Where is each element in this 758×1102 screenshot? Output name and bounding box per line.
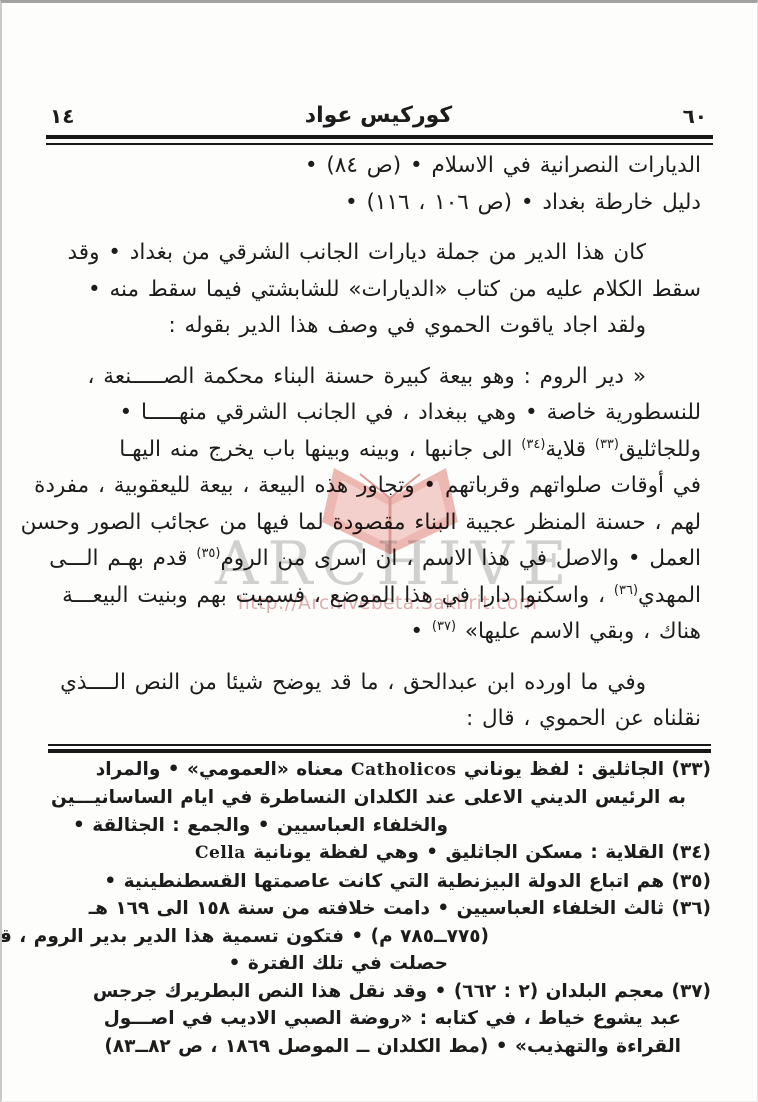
main-text: الديارات النصرانية في الاسلام • (ص ٨٤) •… (60, 148, 701, 738)
text-run: قلاية (545, 437, 594, 462)
footnote-line: القراءة والتهذيب» • (مط الكلدان ــ الموص… (48, 1033, 711, 1061)
text-line: نقلناه عن الحموي ، قال : (60, 701, 701, 738)
page-number-left: ١٤ (50, 104, 74, 128)
header-rule (46, 135, 713, 139)
text-run: نقلناه عن الحموي ، قال : (466, 706, 701, 731)
text-line: « دير الروم : وهو بيعة كبيرة حسنة البناء… (60, 359, 701, 396)
text-run: معناه «العمومي» • والمراد (96, 759, 351, 780)
text-line: في أوقات صلواتهم وقرباتهم • وتجاور هذه ا… (60, 468, 701, 505)
text-run: ولقد اجاد ياقوت الحموي في وصف هذا الدير … (168, 313, 646, 338)
text-run: للنسطورية خاصة • وهي ببغداد ، في الجانب … (119, 400, 701, 425)
text-line: سقط الكلام عليه من كتاب «الديارات» للشاب… (60, 272, 701, 309)
text-run: (٣٦) ثالث الخلفاء العباسيين • دامت خلافت… (89, 898, 711, 919)
text-run: (٣٣) الجاثليق : لفظ يوناني (456, 759, 711, 780)
text-run: سقط الكلام عليه من كتاب «الديارات» للشاب… (88, 277, 701, 302)
text-run: في أوقات صلواتهم وقرباتهم • وتجاور هذه ا… (34, 473, 701, 498)
footnotes: (٣٣) الجاثليق : لفظ يوناني Catholicos مع… (48, 756, 711, 1061)
text-run: Catholicos (351, 760, 456, 780)
text-run: كان هذا الدير من جملة ديارات الجانب الشر… (68, 240, 646, 265)
text-run: الى جانبها ، وبينه وبينها باب يخرج منه ا… (119, 437, 521, 462)
footnote-line: به الرئيس الديني الاعلى عند الكلدان النس… (48, 784, 711, 812)
text-run: العمل • والاصل في هذا الاسم ، ان اسرى من… (221, 546, 702, 571)
text-run: والخلفاء العباسيين • والجمع : الجثالقة • (73, 815, 448, 836)
footnote-line: عبد يشوع خياط ، في كتابه : «روضة الصبي ا… (48, 1005, 711, 1033)
text-run: دليل خارطة بغداد • (ص ١٠٦ ، ١١٦) • (345, 190, 701, 215)
text-run: به الرئيس الديني الاعلى عند الكلدان النس… (51, 787, 686, 808)
footnote-line: حصلت في تلك الفترة • (48, 950, 711, 978)
footnote-line: (٣٥) هم اتباع الدولة البيزنطية التي كانت… (48, 868, 711, 896)
footnote-line: (٣٣) الجاثليق : لفظ يوناني Catholicos مع… (48, 756, 711, 785)
footnote-line: (٣٦) ثالث الخلفاء العباسيين • دامت خلافت… (48, 895, 711, 923)
page-number-right: ٦٠ (683, 104, 707, 128)
text-run: (٧٧٥ــ٧٨٥ م) • فتكون تسمية هذا الدير بدي… (0, 926, 489, 947)
text-run: (٣٥) هم اتباع الدولة البيزنطية التي كانت… (104, 871, 711, 892)
text-line: وفي ما اورده ابن عبدالحق ، ما قد يوضح شي… (60, 665, 701, 702)
text-run: هناك ، وبقي الاسم عليها» (456, 619, 701, 644)
footnote-ref: (٣٥) (196, 546, 220, 561)
text-run: (٣٤) القلاية : مسكن الجاثليق • وهي لفظة … (246, 842, 711, 863)
text-run: لهم ، حسنة المنظر عجيبة البناء مقصودة لم… (21, 510, 701, 535)
footnote-line: (٧٧٥ــ٧٨٥ م) • فتكون تسمية هذا الدير بدي… (48, 923, 711, 951)
text-run: « دير الروم : وهو بيعة كبيرة حسنة البناء… (88, 364, 646, 389)
text-run: ، واسكنوا دارا في هذا الموضع ، فسميت بهم… (62, 583, 614, 608)
text-line: كان هذا الدير من جملة ديارات الجانب الشر… (60, 235, 701, 272)
text-run: • (410, 619, 432, 644)
footnote-ref: (٣٦) (614, 582, 638, 597)
footnote-line: (٣٧) معجم البلدان (٢ : ٦٦٢) • وقد نقل هذ… (48, 978, 711, 1006)
text-run: وللجاثليق (619, 437, 701, 462)
text-run: Cella (195, 843, 246, 863)
text-line: المهدي(٣٦) ، واسكنوا دارا في هذا الموضع … (60, 578, 701, 615)
scanned-page: ١٤ كوركيس عواد ٦٠ الديارات النصرانية في … (0, 0, 758, 1102)
footnote-separator (48, 744, 711, 746)
footnote-ref: (٣٧) (432, 619, 456, 634)
text-line: دليل خارطة بغداد • (ص ١٠٦ ، ١١٦) • (60, 185, 701, 222)
text-run: القراءة والتهذيب» • (مط الكلدان ــ الموص… (104, 1036, 681, 1057)
footnote-line: والخلفاء العباسيين • والجمع : الجثالقة • (48, 812, 711, 840)
running-title: كوركيس عواد (305, 103, 452, 128)
text-run: (٣٧) معجم البلدان (٢ : ٦٦٢) • وقد نقل هذ… (93, 981, 711, 1002)
text-line: لهم ، حسنة المنظر عجيبة البناء مقصودة لم… (60, 505, 701, 542)
text-run: قدم بهـم الـــى (49, 546, 196, 571)
text-line: وللجاثليق(٣٣) قلاية(٣٤) الى جانبها ، وبي… (60, 432, 701, 469)
text-line: العمل • والاصل في هذا الاسم ، ان اسرى من… (60, 541, 701, 578)
text-line: ولقد اجاد ياقوت الحموي في وصف هذا الدير … (60, 308, 701, 345)
text-line: الديارات النصرانية في الاسلام • (ص ٨٤) • (60, 148, 701, 185)
footnote-ref: (٣٤) (521, 436, 545, 451)
text-run: الديارات النصرانية في الاسلام • (ص ٨٤) • (305, 153, 701, 178)
footnote-ref: (٣٣) (595, 436, 619, 451)
page-header: ١٤ كوركيس عواد ٦٠ (50, 103, 707, 128)
text-run: عبد يشوع خياط ، في كتابه : «روضة الصبي ا… (104, 1008, 681, 1029)
text-run: المهدي (638, 583, 701, 608)
footnote-line: (٣٤) القلاية : مسكن الجاثليق • وهي لفظة … (48, 839, 711, 868)
text-run: وفي ما اورده ابن عبدالحق ، ما قد يوضح شي… (60, 670, 646, 695)
text-line: للنسطورية خاصة • وهي ببغداد ، في الجانب … (60, 395, 701, 432)
text-run: حصلت في تلك الفترة • (229, 953, 448, 974)
text-line: هناك ، وبقي الاسم عليها» (٣٧) • (60, 614, 701, 651)
